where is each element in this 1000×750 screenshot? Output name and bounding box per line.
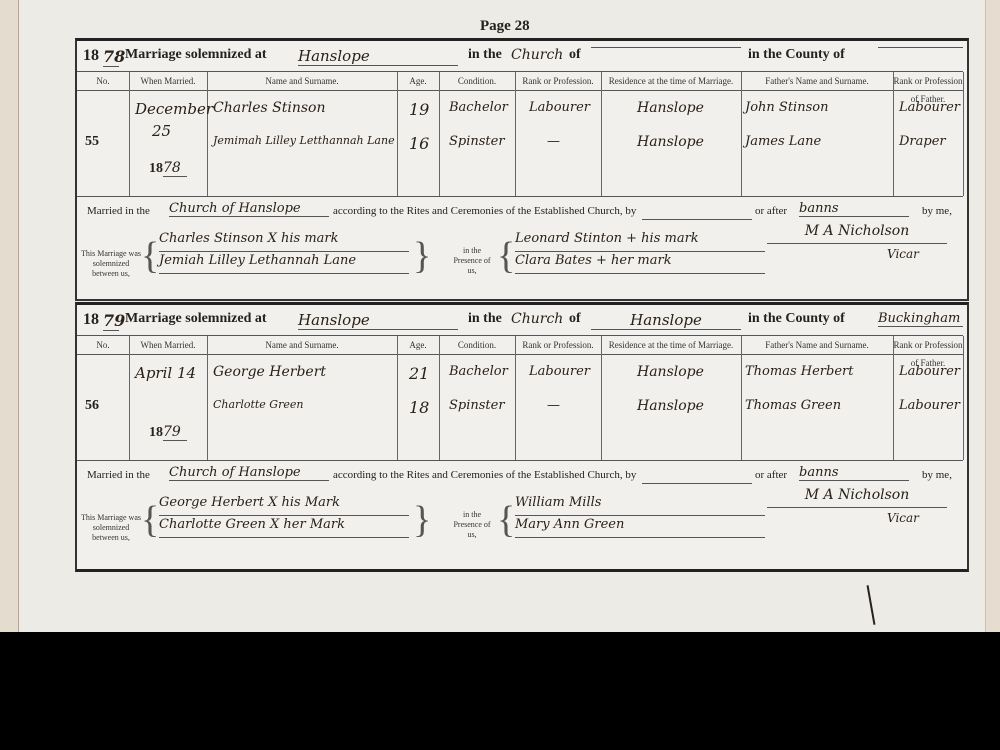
witness-signature: Clara Bates + her mark: [515, 253, 765, 274]
column-header: Age.: [397, 72, 440, 90]
married-in-field: Church of Hanslope: [169, 201, 329, 217]
county-label: in the County of: [748, 47, 845, 63]
party-name: Jemimah Lilley Letthannah Lane: [213, 134, 395, 147]
brace-witness: {: [497, 237, 515, 275]
brace-left: {: [141, 237, 159, 275]
church-field: Church: [511, 47, 563, 63]
date-year-suffix: 79: [163, 424, 187, 441]
entry-row: 55December251878Charles Stinson19Bachelo…: [77, 90, 963, 197]
column-header: No.: [77, 336, 130, 354]
page-right-edge: [985, 0, 1000, 632]
party-age: 21: [409, 364, 429, 383]
party-residence: Hanslope: [637, 364, 704, 380]
place-field: Hanslope: [298, 47, 458, 66]
according-label: according to the Rites and Ceremonies of…: [333, 469, 636, 481]
date-year-suffix: 78: [163, 160, 187, 177]
in-presence-label: in the Presence of us,: [450, 510, 494, 540]
or-after-label: or after: [755, 469, 787, 481]
in-the-label: in the: [468, 47, 502, 63]
in-presence-label: in the Presence of us,: [450, 246, 494, 276]
year-prefix: 18: [83, 47, 99, 65]
minister-signature: M A Nicholson: [767, 487, 947, 508]
party-signature: Jemiah Lilley Lethannah Lane: [159, 253, 409, 274]
entry-number: 56: [85, 398, 99, 414]
party-father-rank: Draper: [899, 134, 946, 149]
minister-title: Vicar: [887, 511, 919, 525]
date-line1: April 14: [135, 364, 196, 382]
party-residence: Hanslope: [637, 134, 704, 150]
entry-header-line: 1879Marriage solemnized atHanslopein the…: [83, 311, 963, 333]
of-label: of: [569, 311, 581, 327]
witness-signature: Leonard Stinton + his mark: [515, 231, 765, 252]
by-me-label: by me,: [922, 205, 952, 217]
column-header: Rank or Profession of Father.: [893, 336, 964, 354]
party-name: George Herbert: [213, 364, 326, 380]
date-line2: 25: [152, 122, 171, 140]
date-year-prefix: 18: [149, 425, 163, 440]
entry-row: 56April 141879George Herbert21BachelorLa…: [77, 354, 963, 461]
entry-header-line: 1878Marriage solemnized atHanslopein the…: [83, 47, 963, 69]
party-rank: Labourer: [529, 100, 590, 115]
party-father: Thomas Herbert: [745, 364, 853, 379]
column-header: Name and Surname.: [207, 336, 398, 354]
party-signature: Charles Stinson X his mark: [159, 231, 409, 252]
by-field: [642, 469, 752, 484]
party-name: Charlotte Green: [213, 398, 303, 411]
church-of-field: [591, 47, 741, 48]
marriage-entry-55: 1878Marriage solemnized atHanslopein the…: [75, 38, 969, 301]
county-label: in the County of: [748, 311, 845, 327]
minister-signature: M A Nicholson: [767, 223, 947, 244]
date-line1: December: [135, 100, 213, 118]
by-field: [642, 205, 752, 220]
party-signature: George Herbert X his Mark: [159, 495, 409, 516]
column-header: Rank or Profession of Father.: [893, 72, 964, 90]
county-field: [878, 47, 963, 48]
by-me-label: by me,: [922, 469, 952, 481]
party-father: John Stinson: [745, 100, 828, 115]
church-of-field: Hanslope: [591, 311, 741, 330]
party-condition: Spinster: [449, 398, 505, 413]
date-year: 1878: [149, 160, 187, 177]
after-field: banns: [799, 465, 909, 481]
married-in-line: Married in theChurch of Hanslopeaccordin…: [87, 467, 957, 487]
solemnized-between-label: This Marriage was solemnized between us,: [81, 249, 141, 279]
brace-right: }: [413, 501, 431, 539]
column-header: Father's Name and Surname.: [741, 336, 894, 354]
column-header: Name and Surname.: [207, 72, 398, 90]
married-in-line: Married in theChurch of Hanslopeaccordin…: [87, 203, 957, 223]
party-condition: Bachelor: [449, 364, 508, 379]
party-residence: Hanslope: [637, 398, 704, 414]
brace-witness: {: [497, 501, 515, 539]
place-field: Hanslope: [298, 311, 458, 330]
party-father-rank: Labourer: [899, 100, 960, 115]
year-prefix: 18: [83, 311, 99, 329]
column-header: When Married.: [129, 336, 208, 354]
entry-number: 55: [85, 134, 99, 150]
solemnized-label: Marriage solemnized at: [125, 47, 267, 63]
solemnized-between-label: This Marriage was solemnized between us,: [81, 513, 141, 543]
column-header: Rank or Profession.: [515, 72, 602, 90]
column-header: Residence at the time of Marriage.: [601, 336, 742, 354]
minister-title: Vicar: [887, 247, 919, 261]
in-the-label: in the: [468, 311, 502, 327]
party-age: 18: [409, 398, 429, 417]
party-father: James Lane: [745, 134, 821, 149]
party-condition: Bachelor: [449, 100, 508, 115]
date-year-prefix: 18: [149, 161, 163, 176]
marriage-entry-56: 1879Marriage solemnized atHanslopein the…: [75, 302, 969, 572]
year-suffix: 79: [103, 311, 119, 331]
of-label: of: [569, 47, 581, 63]
married-in-label: Married in the: [87, 205, 150, 217]
date-year: 1879: [149, 424, 187, 441]
brace-right: }: [413, 237, 431, 275]
party-rank: —: [547, 134, 560, 149]
or-after-label: or after: [755, 205, 787, 217]
solemnized-label: Marriage solemnized at: [125, 311, 267, 327]
column-header: Residence at the time of Marriage.: [601, 72, 742, 90]
party-signature: Charlotte Green X her Mark: [159, 517, 409, 538]
column-header: Condition.: [439, 336, 516, 354]
party-residence: Hanslope: [637, 100, 704, 116]
party-age: 19: [409, 100, 429, 119]
brace-left: {: [141, 501, 159, 539]
party-condition: Spinster: [449, 134, 505, 149]
column-header: No.: [77, 72, 130, 90]
year-suffix: 78: [103, 47, 119, 67]
column-header: Father's Name and Surname.: [741, 72, 894, 90]
column-header: Condition.: [439, 72, 516, 90]
column-headers: No.When Married.Name and Surname.Age.Con…: [77, 71, 963, 91]
party-father-rank: Labourer: [899, 364, 960, 379]
party-rank: —: [547, 398, 560, 413]
married-in-field: Church of Hanslope: [169, 465, 329, 481]
party-rank: Labourer: [529, 364, 590, 379]
page-number: Page 28: [480, 18, 530, 35]
witness-signature: William Mills: [515, 495, 765, 516]
register-page: Page 28 1878Marriage solemnized atHanslo…: [0, 0, 1000, 632]
column-header: Rank or Profession.: [515, 336, 602, 354]
party-father: Thomas Green: [745, 398, 841, 413]
page-left-edge: [0, 0, 19, 632]
party-age: 16: [409, 134, 429, 153]
witness-signature: Mary Ann Green: [515, 517, 765, 538]
after-field: banns: [799, 201, 909, 217]
column-header: Age.: [397, 336, 440, 354]
married-in-label: Married in the: [87, 469, 150, 481]
column-header: When Married.: [129, 72, 208, 90]
column-headers: No.When Married.Name and Surname.Age.Con…: [77, 335, 963, 355]
church-field: Church: [511, 311, 563, 327]
party-father-rank: Labourer: [899, 398, 960, 413]
ink-mark: [867, 585, 876, 625]
party-name: Charles Stinson: [213, 100, 326, 116]
according-label: according to the Rites and Ceremonies of…: [333, 205, 636, 217]
county-field: Buckingham: [878, 311, 963, 327]
